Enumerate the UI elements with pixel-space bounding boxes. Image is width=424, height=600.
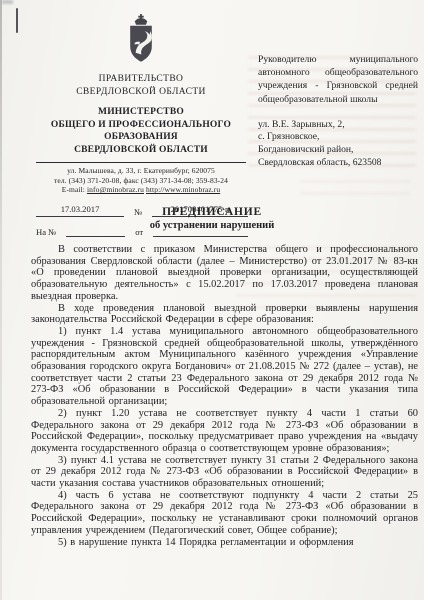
document-title-block: ПРЕДПИСАНИЕ об устранении нарушений bbox=[0, 206, 424, 231]
letterhead: ПРАВИТЕЛЬСТВО СВЕРДЛОВСКОЙ ОБЛАСТИ МИНИС… bbox=[34, 13, 418, 237]
ministry-website: http://www.minobraz.ru bbox=[146, 185, 220, 194]
government-line: СВЕРДЛОВСКОЙ ОБЛАСТИ bbox=[34, 86, 248, 99]
ministry-line: СВЕРДЛОВСКОЙ ОБЛАСТИ bbox=[34, 144, 248, 157]
ministry-email: info@minobraz.ru bbox=[87, 185, 144, 194]
scan-smudge-artifact bbox=[2, 0, 13, 4]
addressee-address-line: с. Грязновское, bbox=[258, 131, 418, 144]
addressee-address-line: ул. В.Е. Зарывных, 2, bbox=[258, 119, 418, 132]
scanned-document-page: ПРАВИТЕЛЬСТВО СВЕРДЛОВСКОЙ ОБЛАСТИ МИНИС… bbox=[0, 0, 424, 600]
violation-item-2: 2) пункт 1.20 устава не соответствует пу… bbox=[31, 408, 418, 455]
document-body: В соответствии с приказом Министерства о… bbox=[31, 244, 418, 548]
ministry-name: МИНИСТЕРСТВО ОБЩЕГО И ПРОФЕССИОНАЛЬНОГО … bbox=[34, 106, 248, 156]
violation-item-3: 3) пункт 4.1 устава не соответствует пун… bbox=[31, 455, 418, 490]
addressee-block: Руководителю муниципального автономного … bbox=[248, 13, 418, 237]
document-subtitle: об устранении нарушений bbox=[0, 220, 424, 231]
scan-edge-artifact bbox=[0, 0, 2, 600]
document-title: ПРЕДПИСАНИЕ bbox=[0, 206, 424, 218]
letterhead-divider bbox=[36, 162, 246, 163]
violation-item-5: 5) в нарушение пункта 14 Порядка регламе… bbox=[31, 537, 418, 549]
addressee-address-line: Богдановичский район, bbox=[258, 144, 418, 157]
addressee-recipient: Руководителю муниципального автономного … bbox=[258, 53, 418, 106]
body-paragraph: В соответствии с приказом Министерства о… bbox=[31, 244, 418, 303]
violation-item-4: 4) часть 6 устава не соответствуют подпу… bbox=[31, 490, 418, 537]
ministry-email-line: E-mail: info@minobraz.ru http://www.mino… bbox=[34, 185, 248, 195]
email-label: E-mail: bbox=[62, 185, 85, 194]
ministry-postal-address: ул. Малышева, д. 33, г. Екатеринбург, 62… bbox=[34, 166, 248, 176]
body-paragraph: В ходе проведения плановой выездной пров… bbox=[31, 303, 418, 326]
ministry-phone-line: тел. (343) 371-20-08, факс (343) 371-34-… bbox=[34, 176, 248, 186]
ministry-line: ОБРАЗОВАНИЯ bbox=[34, 131, 248, 144]
ministry-line: МИНИСТЕРСТВО bbox=[34, 106, 248, 119]
ministry-line: ОБЩЕГО И ПРОФЕССИОНАЛЬНОГО bbox=[34, 119, 248, 132]
addressee-address: ул. В.Е. Зарывных, 2, с. Грязновское, Бо… bbox=[258, 119, 418, 169]
government-line: ПРАВИТЕЛЬСТВО bbox=[34, 73, 248, 86]
ministry-contact-block: ул. Малышева, д. 33, г. Екатеринбург, 62… bbox=[34, 166, 248, 195]
sverdlovsk-coat-of-arms-icon bbox=[123, 13, 159, 69]
letterhead-left-column: ПРАВИТЕЛЬСТВО СВЕРДЛОВСКОЙ ОБЛАСТИ МИНИС… bbox=[34, 13, 248, 237]
pen-mark-artifact bbox=[16, 8, 18, 33]
addressee-address-line: Свердловская область, 623508 bbox=[258, 157, 418, 170]
violation-item-1: 1) пункт 1.4 устава муниципального автон… bbox=[31, 326, 418, 408]
government-name: ПРАВИТЕЛЬСТВО СВЕРДЛОВСКОЙ ОБЛАСТИ bbox=[34, 73, 248, 98]
